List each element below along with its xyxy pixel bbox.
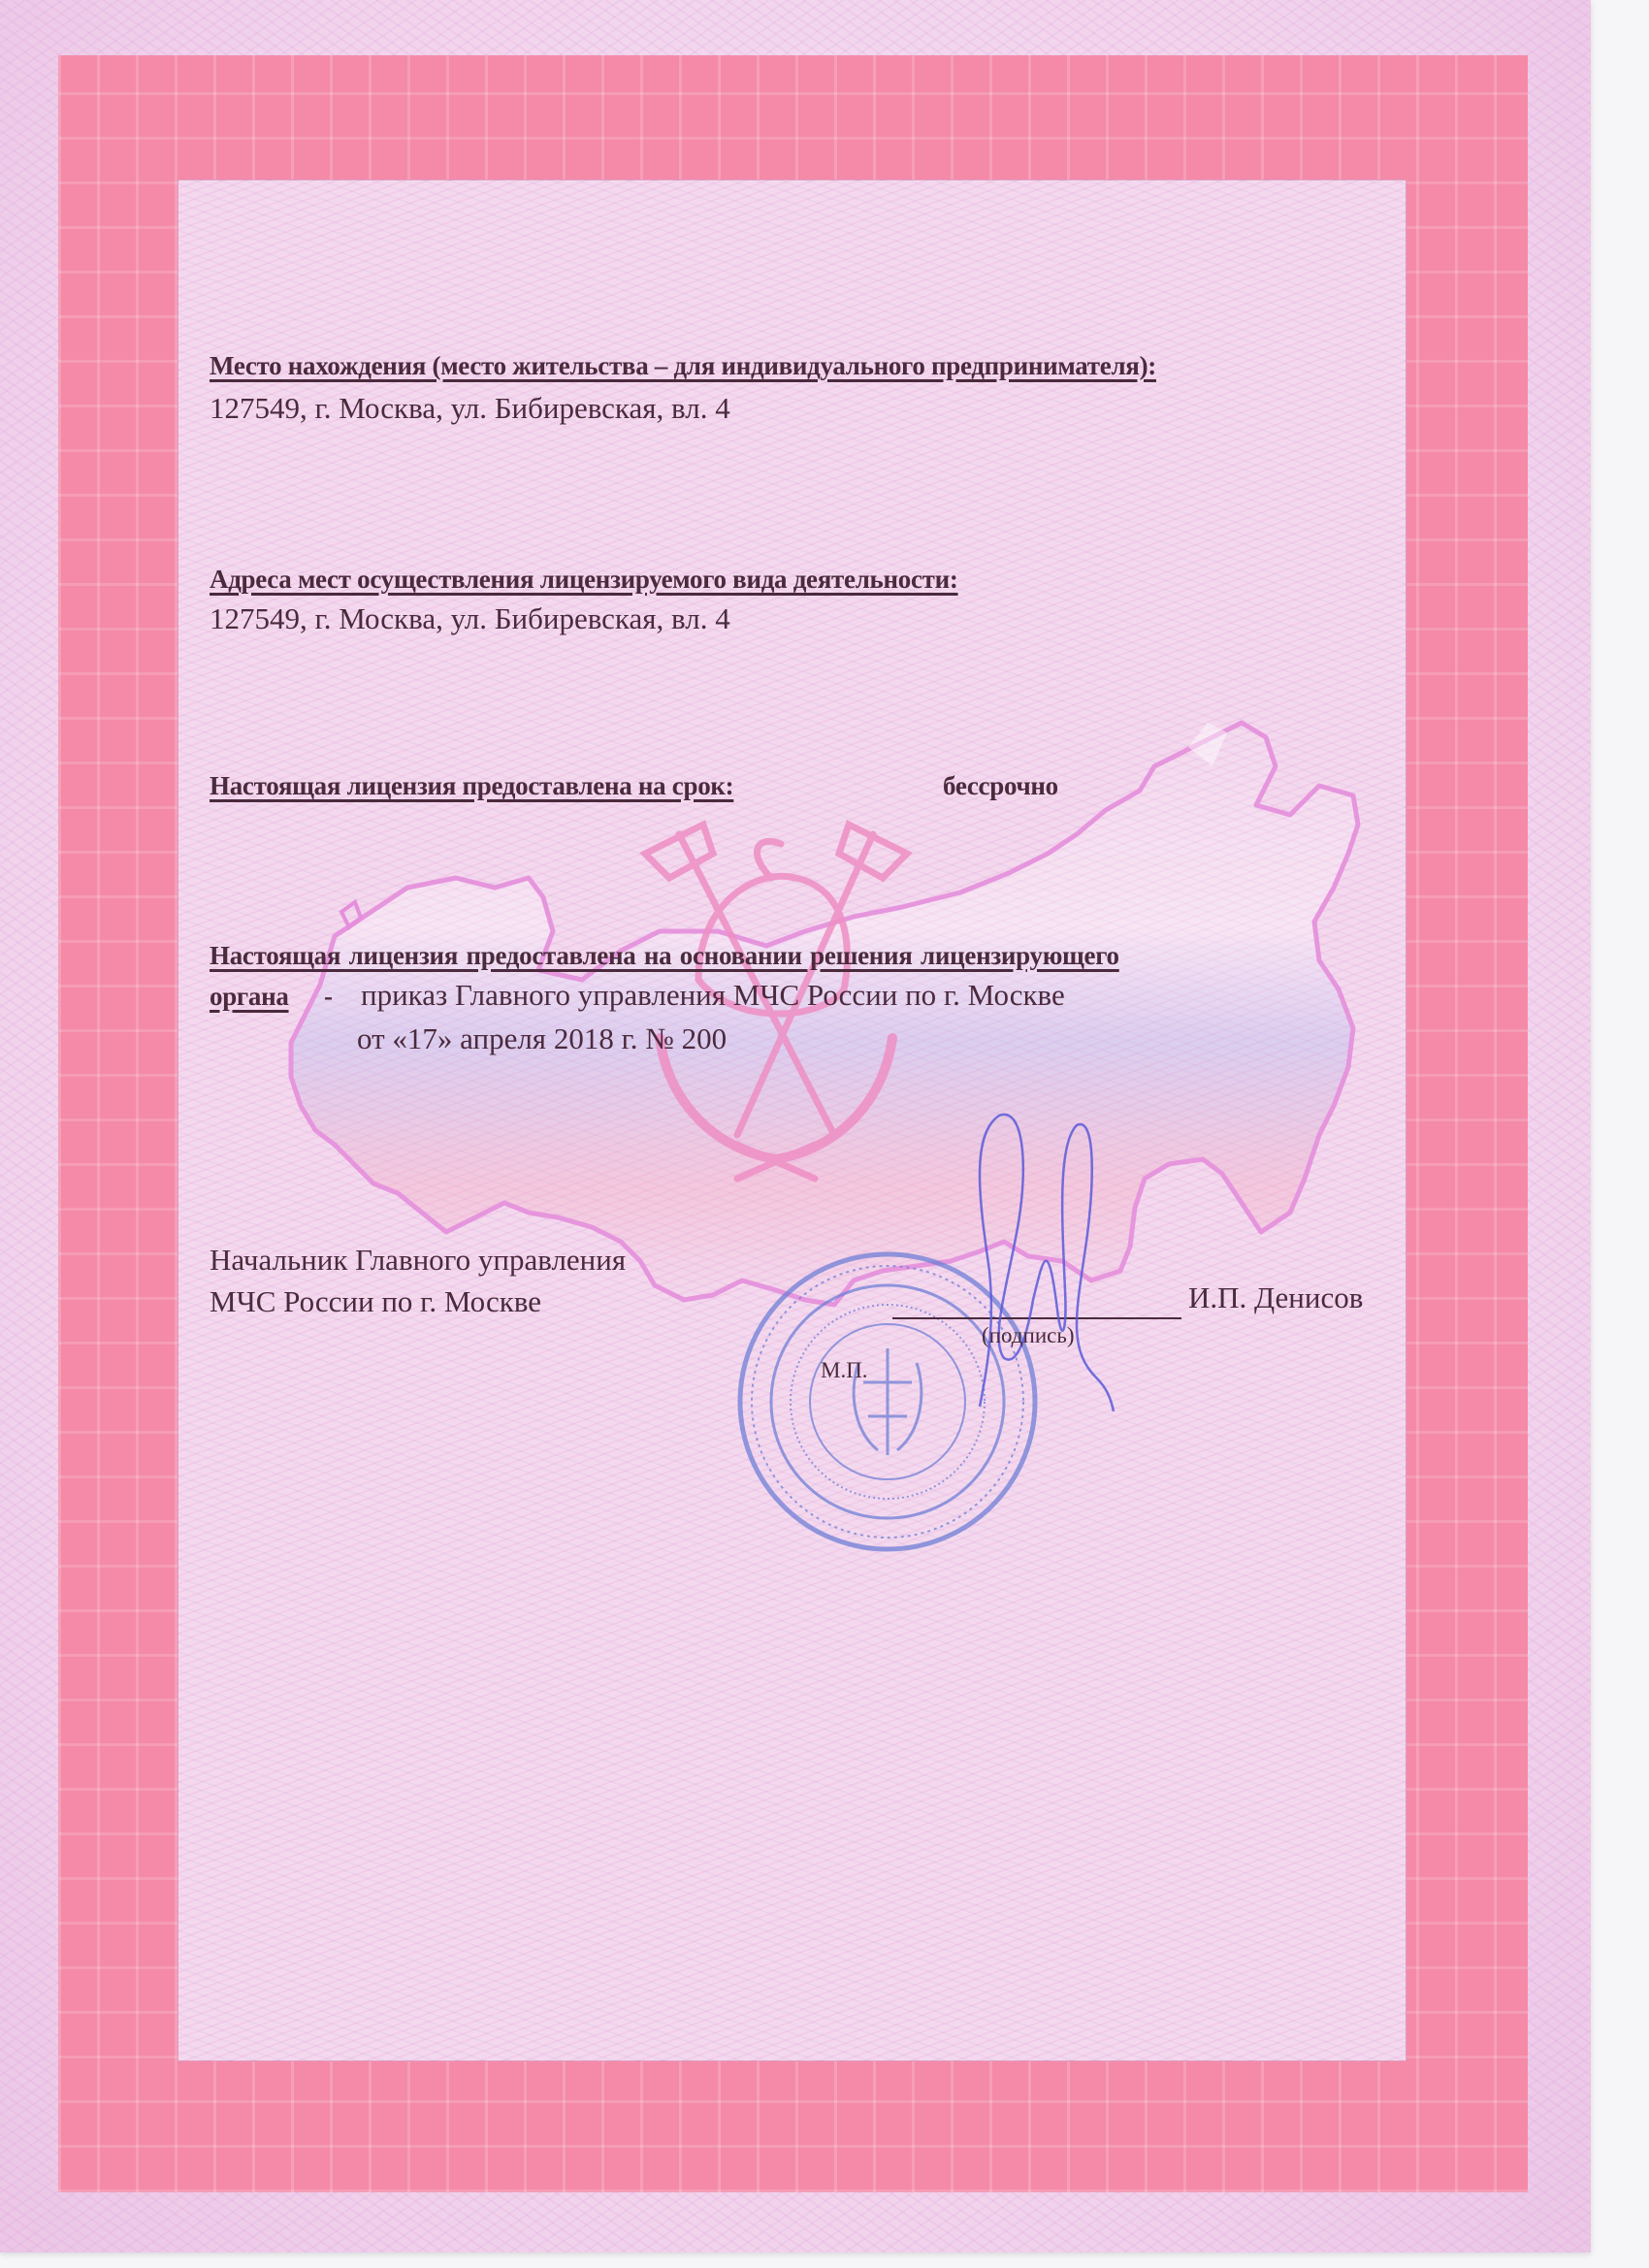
basis-value-line2: от «17» апреля 2018 г. № 200 <box>357 1021 727 1056</box>
basis-dash: - <box>324 982 333 1012</box>
basis-heading-line2: органа <box>210 982 289 1012</box>
basis-heading-line1: Настоящая лицензия предоставлена на осно… <box>210 941 1119 971</box>
signatory-position-line1: Начальник Главного управления <box>210 1243 626 1278</box>
term-heading: Настоящая лицензия предоставлена на срок… <box>210 771 733 801</box>
basis-value-line1: приказ Главного управления МЧС России по… <box>361 978 1065 1013</box>
location-value: 127549, г. Москва, ул. Бибиревская, вл. … <box>210 391 730 426</box>
signature-caption: (подпись) <box>982 1323 1074 1348</box>
term-value: бессрочно <box>943 771 1058 801</box>
activity-addresses-value: 127549, г. Москва, ул. Бибиревская, вл. … <box>210 601 730 636</box>
activity-addresses-heading: Адреса мест осуществления лицензируемого… <box>210 565 958 595</box>
location-heading: Место нахождения (место жительства – для… <box>210 351 1156 381</box>
russia-map-watermark-icon <box>0 0 1649 2268</box>
signatory-position-line2: МЧС России по г. Москве <box>210 1284 541 1319</box>
signatory-name: И.П. Денисов <box>1188 1280 1363 1315</box>
handwritten-signature-icon <box>951 1106 1145 1416</box>
seal-label: М.П. <box>821 1358 868 1383</box>
